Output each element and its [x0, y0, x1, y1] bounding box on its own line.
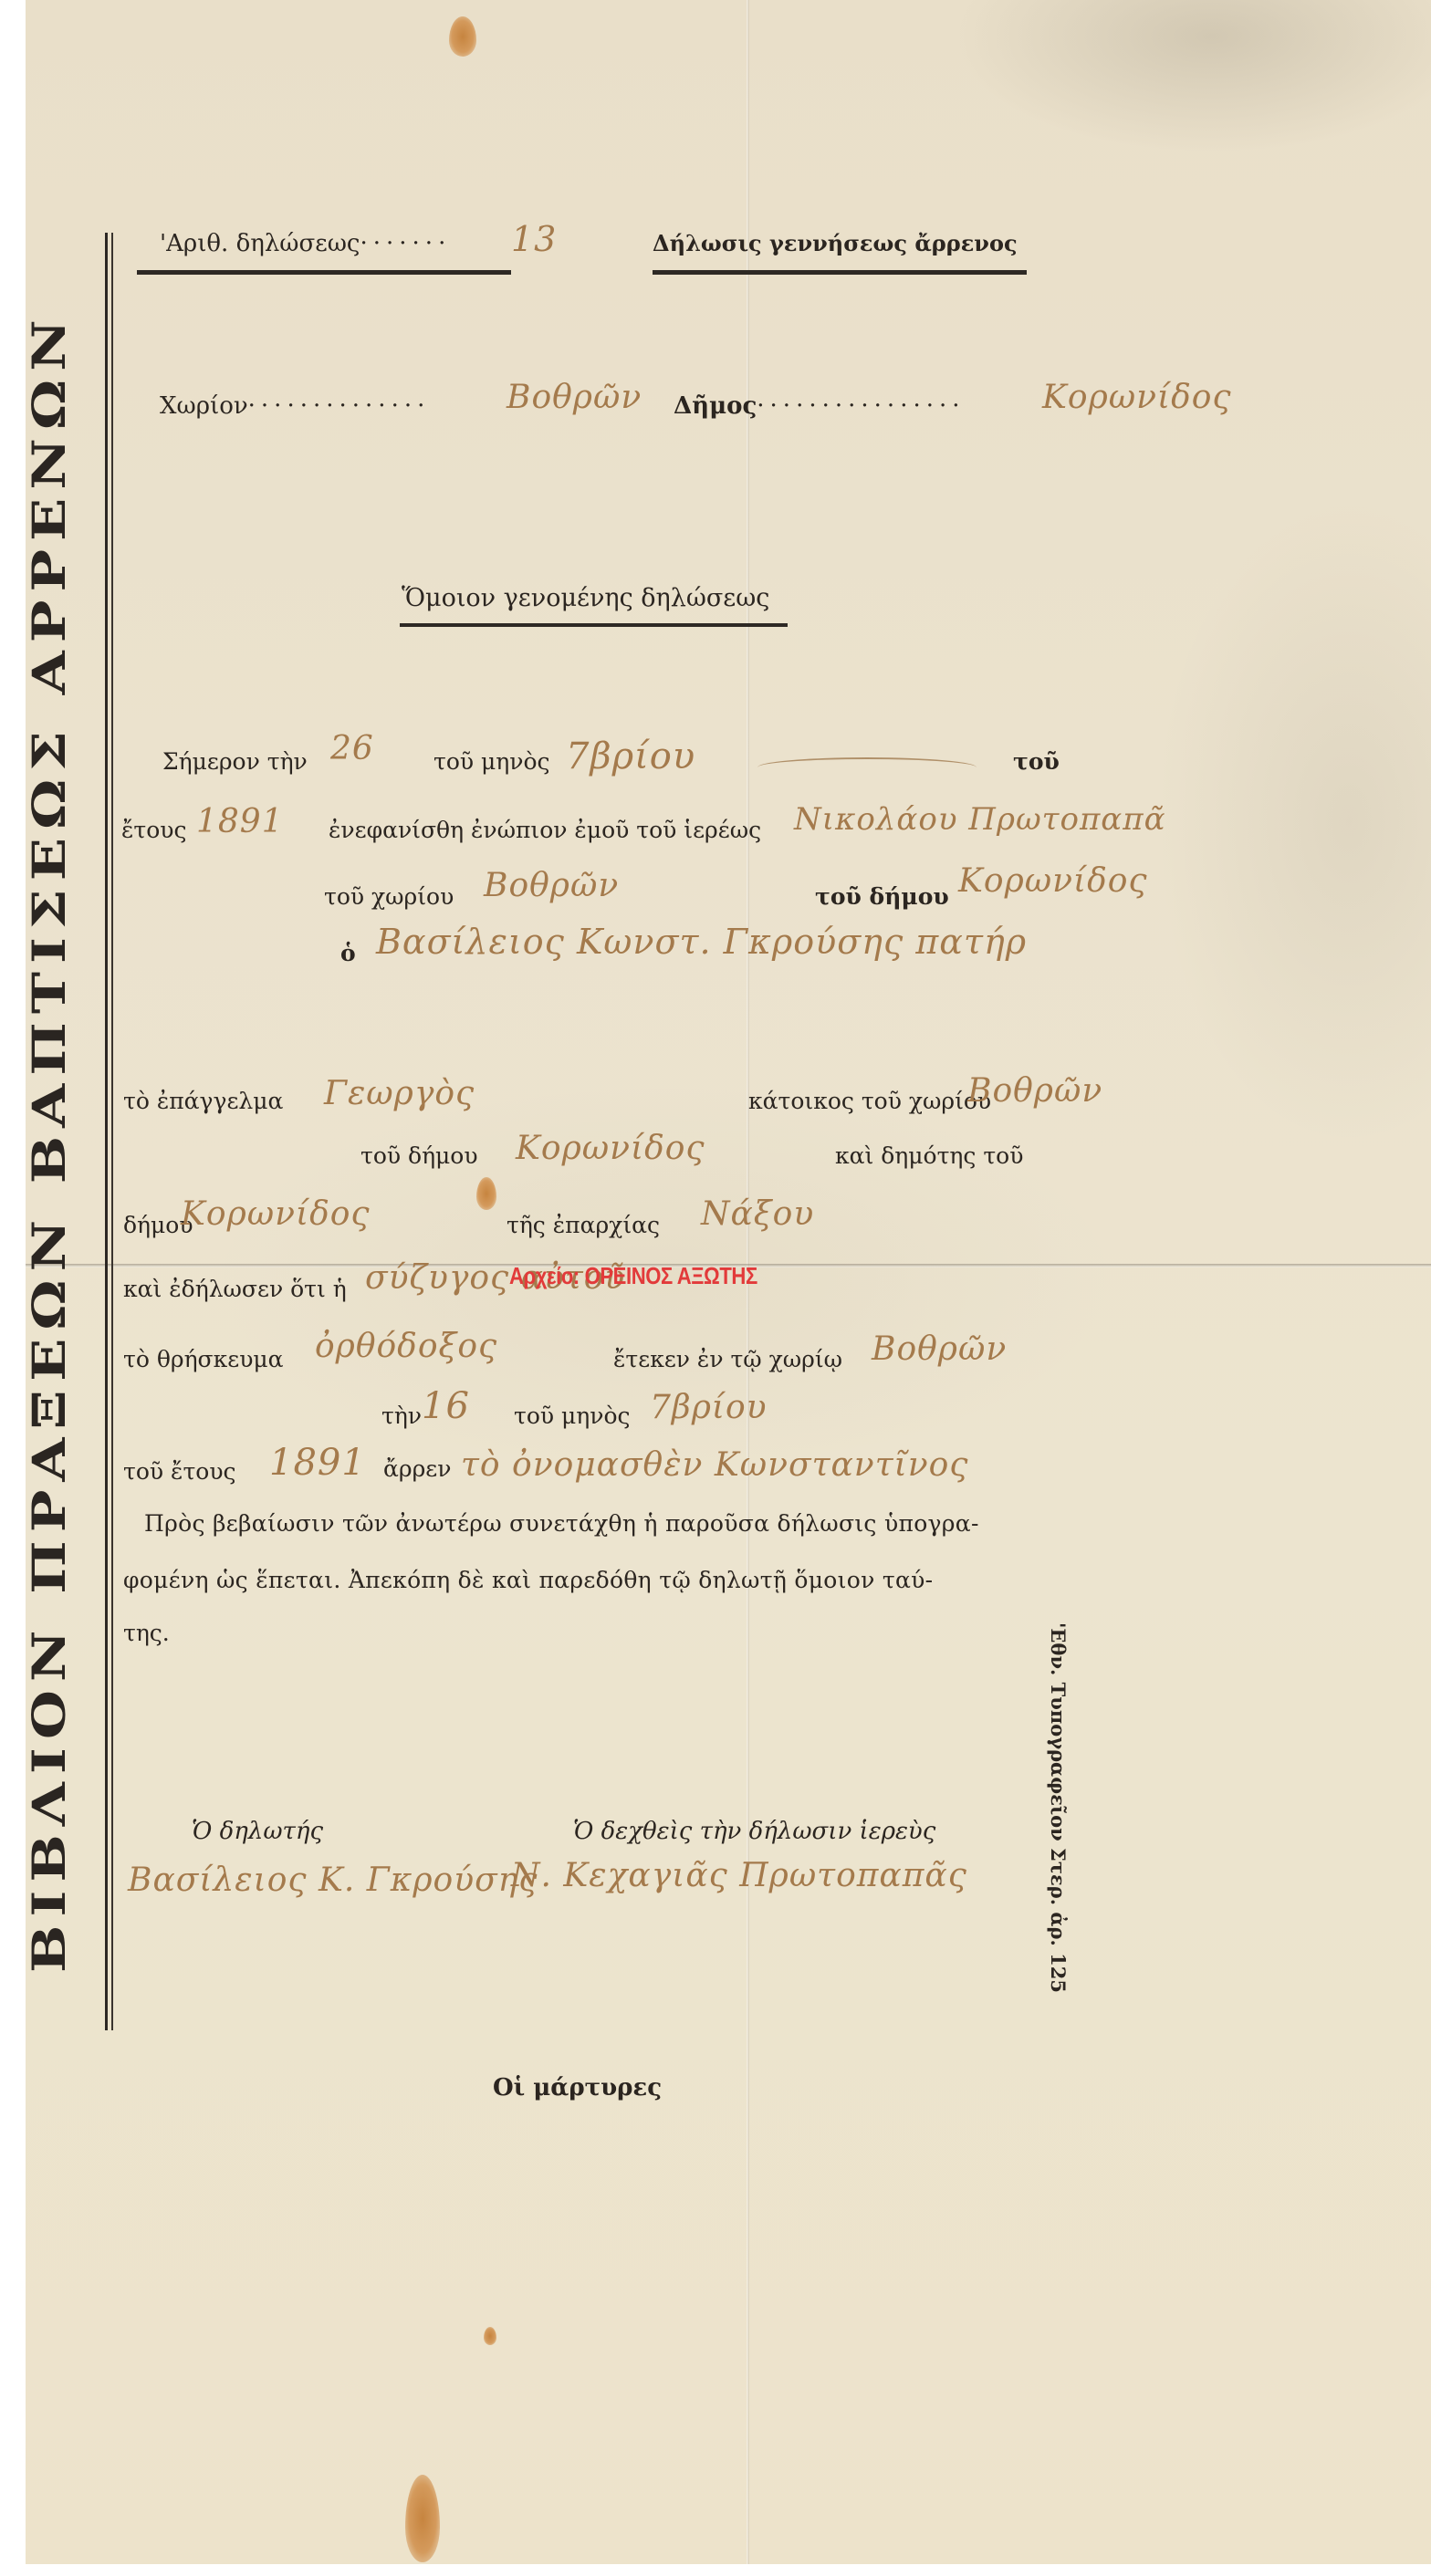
municipality-value-3: Κορωνίδος [516, 1130, 705, 1167]
profession-value: Γεωργὸς [324, 1075, 475, 1112]
witnesses-label: Οἱ μάρτυρες [493, 2074, 662, 2101]
declarant-name: Βασίλειος Κωνστ. Γκρούσης πατήρ [376, 922, 1027, 962]
appeared-text: ἐνεφανίσθη ἐνώπιον ἐμοῦ τοῦ ἱερέως [329, 817, 761, 843]
header-underline [653, 270, 1027, 275]
religion-label: τὸ θρήσκευμα [123, 1346, 284, 1372]
municipality-value: Κορωνίδος [1042, 379, 1232, 416]
village-label: Χωρίον·············· [160, 392, 430, 420]
province-label: τῆς ἐπαρχίας [507, 1212, 660, 1238]
birth-place-value: Βοθρῶν [872, 1330, 1007, 1368]
form-title: Δήλωσις γεννήσεως ἄρρενος [653, 230, 1018, 256]
citizen-label: καὶ δημότης τοῦ [835, 1142, 1023, 1169]
birth-year-value: 1891 [269, 1442, 366, 1484]
village-value-2: Βοθρῶν [484, 867, 619, 904]
closing-line-1: Πρὸς βεβαίωσιν τῶν ἀνωτέρω συνετάχθη ἡ π… [144, 1510, 979, 1537]
month-value: 7βρίου [566, 735, 695, 777]
birth-year-label: τοῦ ἔτους [123, 1458, 236, 1485]
month-label: τοῦ μηνὸς [433, 748, 550, 775]
birth-day-value: 16 [422, 1385, 470, 1427]
resident-label: κάτοικος τοῦ χωρίου [748, 1088, 991, 1114]
birth-place-label: ἔτεκεν ἐν τῷ χωρίῳ [613, 1346, 842, 1372]
today-label: Σήμερον τὴν [162, 748, 308, 775]
province-value: Νάξου [701, 1195, 814, 1233]
ink-stain [449, 16, 476, 57]
subtitle: Ὅμοιον γενομένης δηλώσεως [402, 584, 769, 612]
priest-signature-label: Ὁ δεχθεὶς τὴν δήλωσιν ἱερεὺς [573, 1818, 935, 1845]
year-value: 1891 [196, 803, 284, 840]
side-rule [111, 233, 113, 2030]
village-value: Βοθρῶν [507, 379, 642, 416]
header-underline [137, 270, 511, 275]
tou-label: τοῦ [1013, 748, 1060, 775]
profession-label: τὸ ἐπάγγελμα [123, 1088, 283, 1114]
birth-month-label: τοῦ μηνὸς [514, 1403, 631, 1429]
child-name: τὸ ὀνομασθὲν Κωνσταντῖνος [461, 1446, 968, 1484]
ink-stain [476, 1177, 496, 1210]
closing-line-2: φομένη ὡς ἕπεται. Ἀπεκόπη δὲ καὶ παρεδόθ… [123, 1567, 933, 1593]
birth-month-value: 7βρίου [650, 1389, 768, 1426]
village-label-2: τοῦ χωρίου [324, 883, 454, 910]
day-value: 26 [330, 730, 374, 767]
article-o: ὁ [340, 940, 356, 966]
archive-watermark: Αρχείο: ΟΡΕΙΝΟΣ ΑΞΩΤΗΣ [509, 1262, 757, 1290]
priest-name: Νικολάου Πρωτοπαπᾶ [794, 801, 1166, 838]
side-book-title: ΒΙΒΛΙΟΝ ΠΡΑΞΕΩΝ ΒΑΠΤΙΣΕΩΣ ΑΡΡΕΝΩΝ [24, 330, 75, 1973]
municipality-value-4: Κορωνίδος [181, 1195, 371, 1233]
birth-day-label: τὴν [381, 1403, 422, 1429]
year-label: ἔτους [121, 817, 187, 843]
resident-village: Βοθρῶν [967, 1072, 1102, 1110]
religion-value: ὀρθόδοξος [315, 1328, 497, 1365]
declared-label: καὶ ἐδήλωσεν ὅτι ἡ [123, 1276, 347, 1302]
male-label: ἄρρεν [383, 1455, 451, 1482]
declaration-number-label: 'Αριθ. δηλώσεως······· [160, 230, 451, 257]
municipality-label-2: τοῦ δήμου [815, 883, 949, 910]
municipality-label-3: τοῦ δήμου [360, 1142, 478, 1169]
declaration-number-value: 13 [511, 219, 557, 259]
municipality-label: Δῆμος················ [674, 392, 966, 420]
subtitle-underline [400, 623, 788, 627]
priest-signature: Ν. Κεχαγιᾶς Πρωτοπαπᾶς [511, 1857, 967, 1894]
ink-stain [484, 2327, 496, 2345]
printer-note: 'Εθν. Τυπογραφεῖον Στερ. ἀρ. 125 [1047, 1622, 1070, 1993]
municipality-value-2: Κορωνίδος [958, 862, 1148, 900]
pen-stroke [757, 757, 977, 777]
declarant-signature: Βασίλειος Κ. Γκρούσης [128, 1862, 538, 1899]
side-rule [105, 233, 108, 2030]
closing-line-3: της. [123, 1620, 170, 1646]
declarant-signature-label: Ὁ δηλωτής [192, 1818, 323, 1845]
